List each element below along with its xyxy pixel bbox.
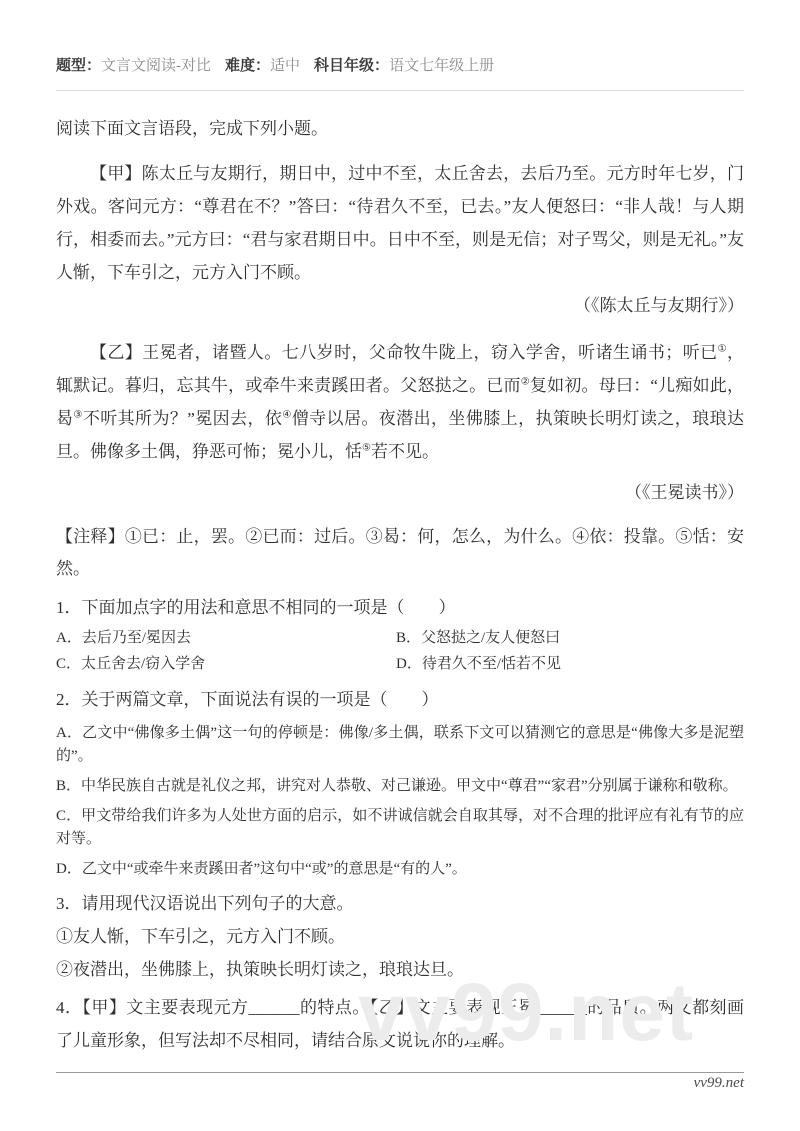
page-footer: vv99.net <box>56 1072 744 1092</box>
q3-sentence-1: ①友人惭，下车引之，元方入门不顾。 <box>56 921 744 952</box>
q1-option-c: C．太丘舍去/窃入学舍 <box>56 651 396 677</box>
passage-yi-text: 【乙】王冕者，诸暨人。七八岁时，父命牧牛陇上，窃入学舍，听诸生诵书；听已①，辄默… <box>56 336 744 468</box>
question-1-stem: 1．下面加点字的用法和意思不相同的一项是（ ） <box>56 593 744 623</box>
meta-value-type: 文言文阅读-对比 <box>101 58 211 74</box>
meta-value-grade: 语文七年级上册 <box>389 58 494 74</box>
question-2-stem: 2．关于两篇文章，下面说法有误的一项是（ ） <box>56 685 744 715</box>
question-1-options: A．去后乃至/冕因去 B．父怒挞之/友人便怒曰 C．太丘舍去/窃入学舍 D．待君… <box>56 625 744 677</box>
footer-site-name: vv99.net <box>56 1075 744 1092</box>
document-page: 题型：文言文阅读-对比难度：适中科目年级：语文七年级上册 阅读下面文言语段，完成… <box>0 0 800 1131</box>
meta-label-grade: 科目年级： <box>314 57 389 74</box>
q2-option-c: C．甲文带给我们许多为人处世方面的启示，如不讲诚信就会自取其辱，对不合理的批评应… <box>56 805 744 851</box>
q1-option-d: D．待君久不至/恬若不见 <box>396 651 744 677</box>
q1-option-a: A．去后乃至/冕因去 <box>56 625 396 651</box>
intro-line: 阅读下面文言语段，完成下列小题。 <box>56 112 744 145</box>
meta-label-difficulty: 难度： <box>225 57 270 74</box>
question-meta-row: 题型：文言文阅读-对比难度：适中科目年级：语文七年级上册 <box>56 55 744 77</box>
watermark-logo: vv99.net <box>358 966 694 1060</box>
passage-jia-source: （《陈太丘与友期行》） <box>56 289 744 322</box>
question-2-options: A．乙文中“佛像多土偶”这一句的停顿是：佛像/多土偶，联系下文可以猜测它的意思是… <box>56 722 744 881</box>
passage-yi-source: （《王冕读书》） <box>56 476 744 509</box>
q2-option-a: A．乙文中“佛像多土偶”这一句的停顿是：佛像/多土偶，联系下文可以猜测它的意思是… <box>56 722 744 768</box>
meta-label-type: 题型： <box>56 57 101 74</box>
passage-jia-text: 【甲】陈太丘与友期行，期日中，过中不至，太丘舍去，去后乃至。元方时年七岁，门外戏… <box>56 157 744 289</box>
q2-option-d: D．乙文中“或牵牛来责蹊田者”这句中“或”的意思是“有的人”。 <box>56 858 744 881</box>
question-3-stem: 3．请用现代汉语说出下列句子的大意。 <box>56 889 744 919</box>
footer-divider <box>56 1072 744 1073</box>
meta-value-difficulty: 适中 <box>270 58 300 74</box>
annotations: 【注释】①已：止，罢。②已而：过后。③曷：何，怎么，为什么。④依：投靠。⑤恬：安… <box>56 521 744 585</box>
q2-option-b: B．中华民族自古就是礼仪之邦，讲究对人恭敬、对己谦逊。甲文中“尊君”“家君”分别… <box>56 775 744 798</box>
q1-option-b: B．父怒挞之/友人便怒曰 <box>396 625 744 651</box>
header-divider <box>56 90 744 91</box>
